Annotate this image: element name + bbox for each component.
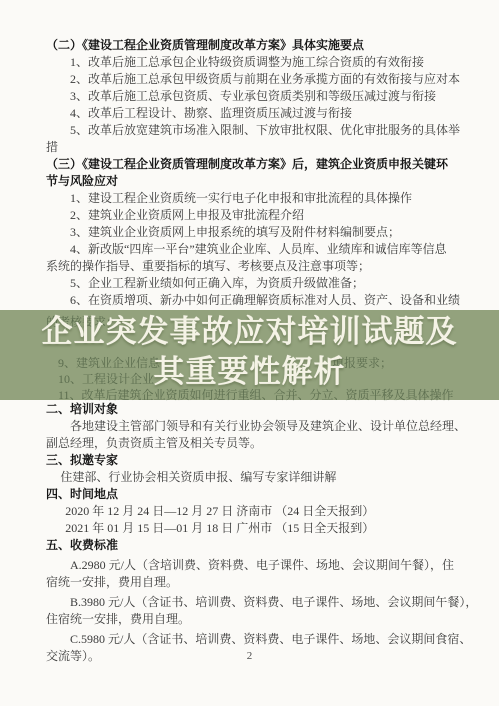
document-line: 五、收费标准 bbox=[46, 537, 459, 554]
document-line: 5、改革后放宽建筑市场准入限制、下放审批权限、优化审批服务的具体举 bbox=[46, 122, 459, 139]
document-line: 3、改革后施工总承包资质、专业承包资质类别和等级压减过渡与衔接 bbox=[46, 88, 459, 105]
document-line: 三、拟邀专家 bbox=[46, 452, 459, 469]
document-line: C.5980 元/人（含证书、培训费、资料费、电子课件、场地、会议期间食宿、 bbox=[46, 631, 459, 648]
document-line: 住建部、行业协会相关资质申报、编写专家详细讲解 bbox=[46, 469, 459, 486]
document-line: 各地建设主管部门领导和有关行业协会领导及建筑企业、设计单位总经理、 bbox=[46, 418, 459, 435]
document-line: B.3980 元/人（含证书、培训费、资料费、电子课件、场地、会议期间午餐）， bbox=[46, 594, 459, 611]
document-line: 6、在资质增项、新办中如何正确理解资质标准对人员、资产、设备和业绩 bbox=[46, 292, 459, 309]
document-line: 2、改革后施工总承包甲级资质与前期在业务承揽方面的有效衔接与应对本 bbox=[46, 71, 459, 88]
document-line: 3、建筑业企业资质网上申报系统的填写及附件材料编制要点； bbox=[46, 224, 459, 241]
page-number: 2 bbox=[0, 650, 499, 662]
document-line: （二）《建设工程企业资质管理制度改革方案》具体实施要点 bbox=[46, 37, 459, 54]
banner-title: 企业突发事故应对培训试题及 其重要性解析 bbox=[0, 312, 499, 392]
banner-title-line2: 其重要性解析 bbox=[0, 352, 499, 392]
document-line: 4、新改版“四库一平台”建筑业企业库、人员库、业绩库和诚信库等信息 bbox=[46, 241, 459, 258]
document-line: 2020 年 12 月 24 日—12 月 27 日 济南市 （24 日全天报到… bbox=[46, 503, 459, 520]
document-line: 措 bbox=[46, 139, 459, 156]
document-page: （二）《建设工程企业资质管理制度改革方案》具体实施要点1、改革后施工总承包企业特… bbox=[0, 0, 499, 706]
document-line: 4、改革后工程设计、勘察、监理资质压减过渡与衔接 bbox=[46, 105, 459, 122]
document-line: A.2980 元/人（含培训费、资料费、电子课件、场地、会议期间午餐），住 bbox=[46, 557, 459, 574]
promo-banner-overlay: 的考核要求； 9、建筑业企业信息 填报要求； 10、工程设计企业 11、改革后建… bbox=[0, 310, 499, 400]
document-line: 2021 年 01 月 15 日—01 月 18 日 广州市 （15 日全天报到… bbox=[46, 520, 459, 537]
section-after-banner: 二、培训对象各地建设主管部门领导和有关行业协会领导及建筑企业、设计单位总经理、副… bbox=[46, 401, 459, 665]
document-line: 5、企业工程新业绩如何正确入库，为资质升级做准备； bbox=[46, 275, 459, 292]
document-line: （三）《建设工程企业资质管理制度改革方案》后，建筑企业资质申报关键环 bbox=[46, 156, 459, 173]
document-line: 1、改革后施工总承包企业特级资质调整为施工综合资质的有效衔接 bbox=[46, 54, 459, 71]
document-line: 1、建设工程企业资质统一实行电子化申报和审批流程的具体操作 bbox=[46, 190, 459, 207]
document-line: 2、建筑业企业资质网上申报及审批流程介绍 bbox=[46, 207, 459, 224]
document-line: 住宿统一安排，费用自理。 bbox=[46, 611, 459, 628]
document-line: 宿统一安排，费用自理。 bbox=[46, 574, 459, 591]
document-line: 副总经理，负责资质主管及相关专员等。 bbox=[46, 435, 459, 452]
document-line: 节与风险应对 bbox=[46, 173, 459, 190]
section-before-banner: （二）《建设工程企业资质管理制度改革方案》具体实施要点1、改革后施工总承包企业特… bbox=[46, 37, 459, 309]
document-line: 四、时间地点 bbox=[46, 486, 459, 503]
banner-title-line1: 企业突发事故应对培训试题及 bbox=[0, 312, 499, 352]
document-content: （二）《建设工程企业资质管理制度改革方案》具体实施要点1、改革后施工总承包企业特… bbox=[0, 0, 499, 665]
document-line: 系统的操作指导、重要指标的填写、考核要点及注意事项等； bbox=[46, 258, 459, 275]
